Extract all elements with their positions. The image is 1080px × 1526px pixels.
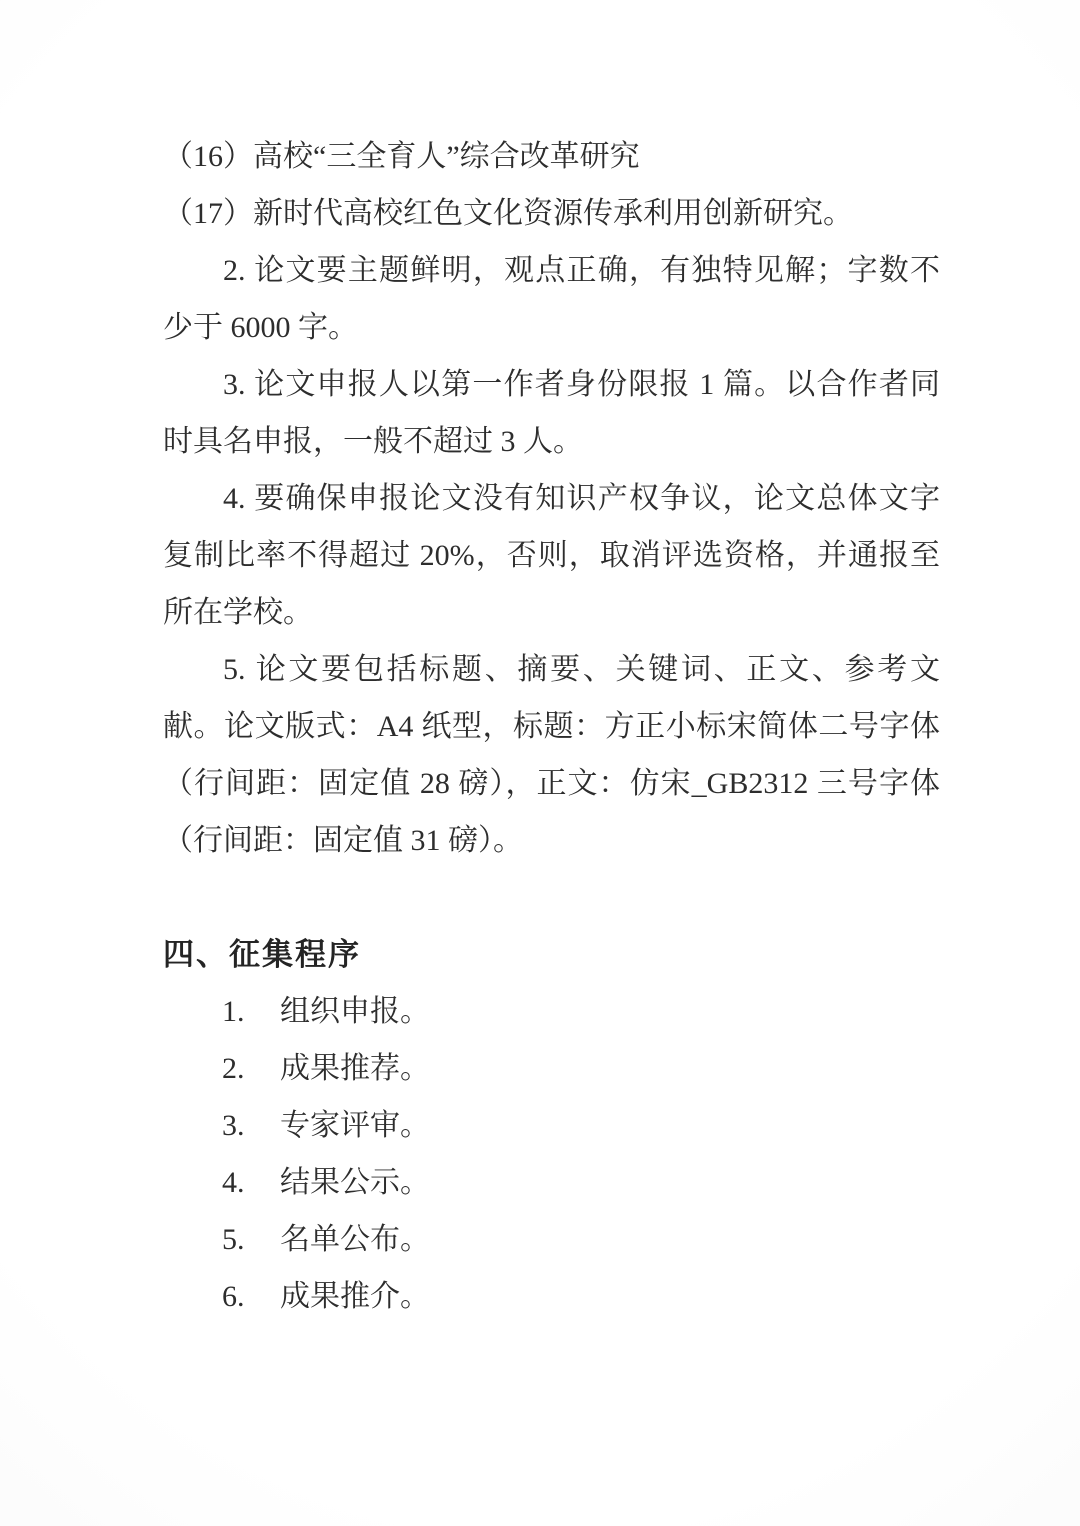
step-label: 结果公示。	[280, 1166, 430, 1199]
procedure-step-3: 3.专家评审。	[163, 1097, 940, 1154]
procedure-step-2: 2.成果推荐。	[163, 1040, 940, 1097]
section-heading: 四、征集程序	[163, 926, 940, 983]
topic-item-17: （17）新时代高校红色文化资源传承利用创新研究。	[163, 185, 940, 242]
procedure-step-6: 6.成果推介。	[163, 1268, 940, 1325]
body-paragraph-5: 5. 论文要包括标题、摘要、关键词、正文、参考文献。论文版式：A4 纸型，标题：…	[163, 641, 940, 869]
step-label: 成果推介。	[280, 1280, 430, 1313]
document-page: （16）高校“三全育人”综合改革研究 （17）新时代高校红色文化资源传承利用创新…	[0, 0, 1080, 1526]
step-label: 专家评审。	[280, 1109, 430, 1142]
procedure-step-4: 4.结果公示。	[163, 1154, 940, 1211]
step-number: 2.	[222, 1040, 280, 1097]
step-label: 组织申报。	[280, 995, 430, 1028]
step-number: 1.	[222, 983, 280, 1040]
procedure-step-1: 1.组织申报。	[163, 983, 940, 1040]
body-paragraph-4: 4. 要确保申报论文没有知识产权争议，论文总体文字复制比率不得超过 20%，否则…	[163, 470, 940, 641]
body-paragraph-3: 3. 论文申报人以第一作者身份限报 1 篇。以合作者同时具名申报，一般不超过 3…	[163, 356, 940, 470]
topic-item-16: （16）高校“三全育人”综合改革研究	[163, 128, 940, 185]
step-label: 成果推荐。	[280, 1052, 430, 1085]
step-number: 4.	[222, 1154, 280, 1211]
step-number: 3.	[222, 1097, 280, 1154]
step-number: 5.	[222, 1211, 280, 1268]
procedure-step-5: 5.名单公布。	[163, 1211, 940, 1268]
step-label: 名单公布。	[280, 1223, 430, 1256]
step-number: 6.	[222, 1268, 280, 1325]
body-paragraph-2: 2. 论文要主题鲜明，观点正确，有独特见解；字数不少于 6000 字。	[163, 242, 940, 356]
document-body: （16）高校“三全育人”综合改革研究 （17）新时代高校红色文化资源传承利用创新…	[0, 0, 1080, 1526]
